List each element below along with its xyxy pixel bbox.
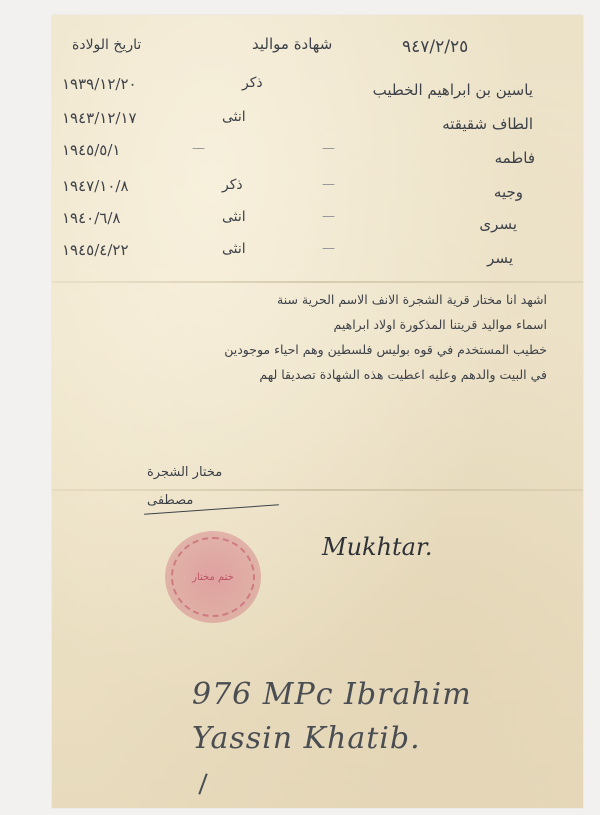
entry-dob: ١٩٤٣/١٢/١٧ [62,109,137,127]
ditto-mark: — [322,177,335,192]
document-title: شهادة مواليد [252,35,332,53]
entry-name: وجيه [494,183,523,201]
certification-paragraph: اشهد انا مختار قرية الشجرة الانف الاسم ا… [72,287,547,387]
mukhtar-title: مختار الشجرة [147,465,222,480]
body-line: اسماء مواليد قريتنا المذكورة اولاد ابراه… [72,312,547,337]
entry-row: ١٩٤٠/٦/٨ انثى — يسرى [52,209,583,235]
entry-row: ١٩٤٥/٥/١ — — فاطمه [52,141,583,167]
entry-name: ياسين بن ابراهيم الخطيب [373,81,533,99]
ditto-mark: — [322,209,335,224]
entry-name: يسرى [479,215,517,233]
paper-fold [52,489,583,491]
english-annotation-line2: Yassin Khatib. [192,721,421,756]
body-line: خطيب المستخدم في قوه بوليس فلسطين وهم اح… [72,337,547,362]
entry-name: فاطمه [495,149,535,167]
pen-stroke [198,773,207,794]
entry-row: ١٩٤٣/١٢/١٧ انثى الطاف شقيقته [52,109,583,135]
entry-gender: ذكر [222,177,243,193]
entry-dob: ١٩٣٩/١٢/٢٠ [62,75,137,93]
entry-dob: ١٩٤٥/٥/١ [62,141,120,159]
ditto-mark: — [322,141,335,156]
entry-dob: ١٩٤٥/٤/٢٢ [62,241,129,259]
document-page: ٩٤٧/٢/٢٥ شهادة مواليد تاريخ الولادة ١٩٣٩… [52,15,583,808]
entry-gender: انثى [222,209,246,225]
mukhtar-english-signature: Mukhtar. [322,533,432,561]
ditto-mark: — [322,241,335,256]
body-line: اشهد انا مختار قرية الشجرة الانف الاسم ا… [72,287,547,312]
entry-gender: انثى [222,109,246,125]
body-line: في البيت والدهم وعليه اعطيت هذه الشهادة … [72,362,547,387]
entry-name: الطاف شقيقته [442,115,533,133]
english-annotation-line1: 976 MPc Ibrahim [192,677,472,712]
entry-row: ١٩٤٧/١٠/٨ ذكر — وجيه [52,177,583,203]
entry-dob: ١٩٤٧/١٠/٨ [62,177,129,195]
issue-date: ٩٤٧/٢/٢٥ [402,37,468,57]
column-heading-dob: تاريخ الولادة [72,37,141,53]
stamp-label: ختم مختار [165,531,261,623]
entry-gender: انثى [222,241,246,257]
entry-row: ١٩٣٩/١٢/٢٠ ذكر ياسين بن ابراهيم الخطيب [52,75,583,101]
entry-name: يسر [487,249,513,267]
entry-gender: ذكر [242,75,263,91]
entry-dob: ١٩٤٠/٦/٨ [62,209,120,227]
paper-fold [52,281,583,283]
ditto-mark: — [192,141,205,156]
mukhtar-signature: مصطفى [147,493,193,508]
official-stamp: ختم مختار [165,531,261,623]
entry-row: ١٩٤٥/٤/٢٢ انثى — يسر [52,241,583,267]
